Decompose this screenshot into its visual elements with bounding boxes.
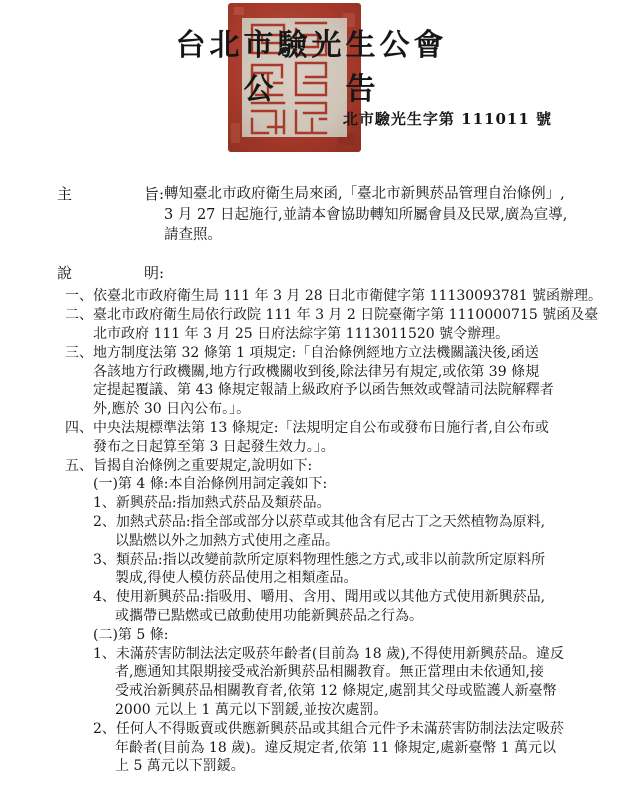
subject-label-first: 主 xyxy=(57,184,72,205)
explanation-label-first: 說 xyxy=(57,263,72,284)
explanation-item-5-clause-1-def-3: 3、類菸品:指以改變前款所定原料物理性態之方式,或非以前款所定原料所 製成,得使… xyxy=(0,551,623,589)
page-title: 台北市驗光生公會 xyxy=(0,20,623,64)
subject-label: 主 旨: xyxy=(57,184,164,205)
explanation-item-5-clause-1: (一)第 4 條:本自治條例用詞定義如下: xyxy=(0,475,623,494)
announcement-heading: 公 告 xyxy=(0,64,623,108)
explanation-label-second: 明: xyxy=(144,263,164,284)
subject-field: 主 旨: 轉知臺北市政府衛生局來函,「臺北市新興菸品管理自治條例」, 3 月 2… xyxy=(0,184,623,246)
explanation-item-5-clause-2-rule-1: 1、未滿菸害防制法法定吸菸年齡者(目前為 18 歲),不得使用新興菸品。違反 者… xyxy=(0,645,623,720)
explanation-item-5-clause-2: (二)第 5 條: xyxy=(0,626,623,645)
explanation-item-2: 二、臺北市政府衛生局依行政院 111 年 3 月 2 日院臺衛字第 111000… xyxy=(0,306,623,344)
explanation-item-5-clause-1-def-1: 1、新興菸品:指加熱式菸品及類菸品。 xyxy=(0,494,623,513)
subject-text: 轉知臺北市政府衛生局來函,「臺北市新興菸品管理自治條例」, 3 月 27 日起施… xyxy=(164,184,576,246)
explanation-item-5-clause-2-rule-2: 2、任何人不得販賣或供應新興菸品或其組合元件予未滿菸害防制法法定吸菸 年齡者(目… xyxy=(0,720,623,776)
explanation-label: 說 明: xyxy=(57,263,164,284)
explanation-items: 一、依臺北市政府衛生局 111 年 3 月 28 日北市衛健字第 1113009… xyxy=(0,287,623,776)
explanation-item-5: 五、旨揭自治條例之重要規定,說明如下: xyxy=(0,457,623,476)
subject-label-second: 旨: xyxy=(144,184,164,205)
explanation-item-3: 三、地方制度法第 32 條第 1 項規定:「自治條例經地方立法機關議決後,函送 … xyxy=(0,344,623,419)
explanation-item-1: 一、依臺北市政府衛生局 111 年 3 月 28 日北市衛健字第 1113009… xyxy=(0,287,623,306)
explanation-item-5-clause-1-def-2: 2、加熱式菸品:指全部或部分以菸草或其他含有尼古丁之天然植物為原料, 以點燃以外… xyxy=(0,513,623,551)
document-body: 主 旨: 轉知臺北市政府衛生局來函,「臺北市新興菸品管理自治條例」, 3 月 2… xyxy=(0,184,623,776)
document-number: 北市驗光生字第 111011 號 xyxy=(343,108,552,129)
explanation-item-4: 四、中央法規標準法第 13 條規定:「法規明定自公布或發布日施行者,自公布或 發… xyxy=(0,419,623,457)
explanation-field: 說 明: xyxy=(0,263,623,284)
announcement-document: 台北市驗光生公會 公 告 北市驗光生字第 111011 號 主 旨: 轉知臺北市… xyxy=(0,0,623,796)
explanation-item-5-clause-1-def-4: 4、使用新興菸品:指吸用、嚼用、含用、聞用或以其他方式使用新興菸品, 或攜帶已點… xyxy=(0,588,623,626)
